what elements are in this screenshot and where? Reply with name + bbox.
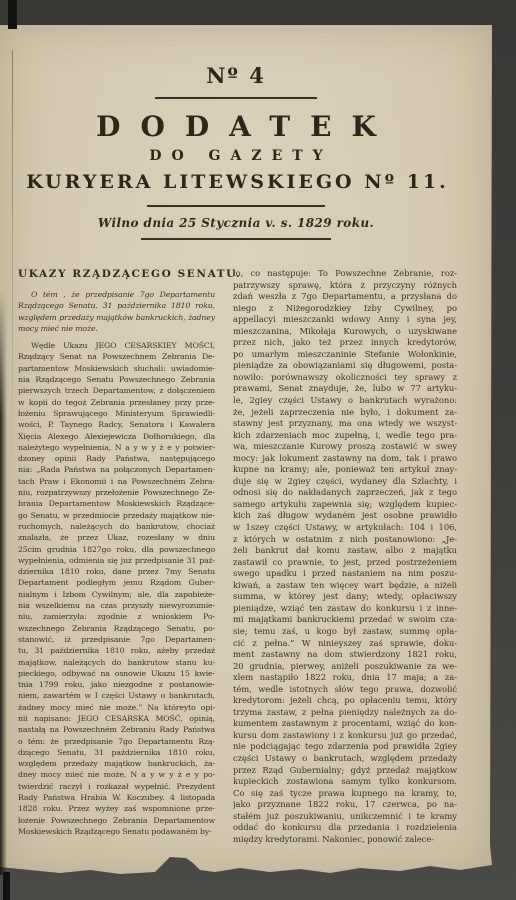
- text-line: wości, P. Taynego Radcy, Senatora i Kawa…: [18, 419, 215, 430]
- text-line: pierwszych trzech Departamentow, z dołąc…: [18, 385, 215, 396]
- text-line: mocy: jak lokument zastawny na dom, tak …: [233, 453, 457, 465]
- text-line: Moskiewskich Rządzącego Senatu podawaném…: [18, 826, 215, 837]
- scan-black-mark-top: [8, 0, 17, 29]
- text-line: żadney mocy mieć nie może.” Na któreyto …: [18, 702, 215, 713]
- text-line: należytego wypełnienia, N a y w y ż e y …: [18, 442, 215, 453]
- text-line: zdań weszła z 7go Departamentu, a przysł…: [233, 291, 457, 303]
- text-line: kich zaś długow wydaném jest osobne praw…: [233, 510, 457, 522]
- text-line: partamentow Moskiewskich słuchali: uwiad…: [18, 363, 215, 374]
- supplement-issue-number: Nº 4: [0, 63, 472, 88]
- text-line: z których w ostatnim z nich postanowiono…: [233, 534, 457, 546]
- text-line: jako przyznane 1822 roku, 17 czerwca, po…: [233, 799, 457, 811]
- text-line: pieniądze, wziąć ten zastaw do konkursu …: [233, 603, 457, 615]
- text-line: zastawił co prawnie, to jest, przed post…: [233, 557, 457, 569]
- text-line: po umarłym mieszczaninie Stefanie Wołonk…: [233, 349, 457, 361]
- text-line: o tém: że przedpisanie 7go Departamentu …: [18, 736, 215, 747]
- text-line: że, jeżeli zaprzeczenia nie było, i doku…: [233, 407, 457, 419]
- text-line: dzoney opinii Rady Państwa, następująceg…: [18, 453, 215, 464]
- text-line: kupne na kramy; ale, ponieważ ten artyku…: [233, 464, 457, 476]
- text-line: 20 grudnia, pierwey, aniżeli poszukiwani…: [233, 661, 457, 673]
- dateline-rule: [141, 238, 331, 240]
- text-line: cić z pełna.” W ninieyszey zaś sprawie, …: [233, 638, 457, 650]
- text-line: go Senatu, w przedmiocie przedaży majątk…: [18, 510, 215, 521]
- paragraph: O tém , że przedpisanie 7go Departamentu…: [18, 289, 215, 334]
- text-line: dney mocy mieć nie może, N a y w y ż e y…: [18, 769, 215, 780]
- scanned-page-view: { "colors": { "paper": "#d5cab1", "ink":…: [0, 0, 516, 900]
- text-line: łożeniu Sprawującego Ministeryum Sprawie…: [18, 408, 215, 419]
- text-line: nastałą na Powszechném Zebraniu Rady Pań…: [18, 724, 215, 735]
- text-line: tu, 31 października 1810 roku, ażeby prz…: [18, 645, 215, 656]
- article-columns: UKAZY RZĄDZĄCEGO SENATU. O tém , że prze…: [18, 268, 457, 845]
- text-line: patrzywszy sprawę, która z przyczyny róż…: [233, 280, 457, 292]
- text-line: pieniądze za obowiązaniami się długowemi…: [233, 360, 457, 372]
- text-line: mieszczanina, Mikołaja Kurowych, o uzysk…: [233, 326, 457, 338]
- text-line: 1828 roku. Przez wyżey zaś wspomnione pr…: [18, 803, 215, 814]
- text-line: dzącego Senatu, 31 października 1810 rok…: [18, 747, 215, 758]
- text-line: sie; temu zaś, u kogo był zastaw, summę …: [233, 626, 457, 638]
- text-line: nowiło: porównawszy okoliczności tey spr…: [233, 372, 457, 384]
- text-line: przez nich, jako też przez innych kredyt…: [233, 337, 457, 349]
- text-line: ment zastawny na dom stwierdzony 1821 ro…: [233, 649, 457, 661]
- text-line: niem, zawartém w I części Ustawy o bankr…: [18, 690, 215, 701]
- text-line: wypełnienia, odmienia się już przedpisan…: [18, 555, 215, 566]
- text-line: kupieckich zostawiona samym tylko konkur…: [233, 776, 457, 788]
- text-line: nii napisano: JEGO CESARSKA MOŚĆ, opinią…: [18, 713, 215, 724]
- text-line: tnia 1799 roku, jako niezgodne z postano…: [18, 679, 215, 690]
- text-line: kursu dom zastawiony i z konkursu już go…: [233, 730, 457, 742]
- scan-black-mark-bottom: [3, 872, 10, 900]
- text-line: Rady Państwa Hrabia W. Koczubey. 4 listo…: [18, 792, 215, 803]
- text-line: Departament podległym jemu Rządom Guber-: [18, 577, 215, 588]
- text-line: ruchomych, należących do bankrutow, choc…: [18, 521, 215, 532]
- text-line: twierdzić raczył i rozkazał wypełnić. Pr…: [18, 781, 215, 792]
- text-line: O tém , że przedpisanie 7go Departamentu: [18, 289, 215, 300]
- text-line: Rządzący Senat na Powszechnem Zebrania D…: [18, 351, 215, 362]
- newspaper-series-line: KURYERA LITEWSKIEGO Nº 11.: [0, 171, 472, 193]
- text-line: dziernika 1810 roku, dane przez 7my Sena…: [18, 566, 215, 577]
- text-line: summa, w którey jest dany; wtedy, opłaci…: [233, 591, 457, 603]
- text-line: Xięcia Alexego Alexiejewicza Dołhorukieg…: [18, 431, 215, 442]
- text-line: kumentem zastawnym z procentami, wziąć d…: [233, 718, 457, 730]
- text-line: mi majątkami bankruckiemi przedać w swoi…: [233, 614, 457, 626]
- left-column-body: O tém , że przedpisanie 7go Departamentu…: [18, 289, 215, 837]
- newspaper-page: Nº 4 DODATEK DO GAZETY KURYERA LITEWSKIE…: [0, 25, 492, 875]
- right-column-body: ło, co następuje: To Powszechne Zebranie…: [233, 268, 457, 845]
- text-line: tém, wedle istotnych słów tego prawa, do…: [233, 684, 457, 696]
- text-line: Rządzącego Senatu, 31 października 1810 …: [18, 300, 215, 311]
- text-line: w kopii do tegoż Zebrania przesłaney prz…: [18, 397, 215, 408]
- text-line: 25cim grudnia 1827go roku, dla powszechn…: [18, 544, 215, 555]
- text-line: niego z Niżegorodzkiey Izby Cywilney, po: [233, 303, 457, 315]
- text-line: le, 2giey części Ustawy o bankrutach wyr…: [233, 395, 457, 407]
- text-line: stałém już poszukiwaniu, unikczemnić i t…: [233, 811, 457, 823]
- section-heading: UKAZY RZĄDZĄCEGO SENATU.: [18, 268, 215, 281]
- text-line: odnosi się do nakładanych zaprzeczeń, ja…: [233, 487, 457, 499]
- text-line: brania Departamentow Moskiewskich Rządzą…: [18, 498, 215, 509]
- text-line: żeli bankrut dał komu zastaw, albo z maj…: [233, 545, 457, 557]
- left-edge-shadow: [0, 290, 7, 875]
- text-line: xlem nastąpiło 1822 roku, dnia 17 maja; …: [233, 672, 457, 684]
- paragraph: Wędle Ukazu JEGO CESARSKIEY MOŚCI,Rządzą…: [18, 340, 215, 837]
- text-line: części Ustawy o bankrutach, względem prz…: [233, 753, 457, 765]
- text-line: nia: „Rada Państwa na połączonych Depart…: [18, 464, 215, 475]
- text-line: między kredytorami. Nakoniec, ponowić za…: [233, 834, 457, 846]
- left-column: UKAZY RZĄDZĄCEGO SENATU. O tém , że prze…: [18, 268, 215, 845]
- right-column: ło, co następuje: To Powszechne Zebranie…: [233, 268, 457, 845]
- text-line: oddać do konkursu dla przedania i rozdzi…: [233, 822, 457, 834]
- text-line: znalazła, że przez Ukaz, rozesłany w dni…: [18, 532, 215, 543]
- text-line: pieckiego, odbywać na osnowie Ukazu 15 k…: [18, 668, 215, 679]
- text-line: wa, mieszczanie Kurowy proszą zostawić w…: [233, 441, 457, 453]
- text-line: względem przedaży majątkow bankruckich, …: [18, 758, 215, 769]
- text-line: majątkow, należących do bankrutow stanu …: [18, 657, 215, 668]
- text-line: Co się zaś tycze prawa kupnego na kramy,…: [233, 788, 457, 800]
- text-line: prawami, Senat znayduje, że, lubo w 77 a…: [233, 383, 457, 395]
- text-line: nialnym i Izbom Cywilnym; ale, dla zapob…: [18, 589, 215, 600]
- text-line: kredytorom: jeżeli chcą, po opłaceniu te…: [233, 695, 457, 707]
- text-line: nia wszelkiemu na czas przyszły niewyroz…: [18, 600, 215, 611]
- text-line: niu, zamierzyła: zgodnie z wnioskiem Po-: [18, 611, 215, 622]
- text-line: swego upadku i przed nastaniem na nim po…: [233, 568, 457, 580]
- text-line: kich zdarzeniach moc zupełną, i, wedle t…: [233, 430, 457, 442]
- text-line: duje się w 2giey części, wydaney dla Szl…: [233, 476, 457, 488]
- text-line: appellacyi mieszczanki wdowy Anny i syna…: [233, 314, 457, 326]
- text-line: przez Rząd Gubernialny; gdyż przedaż maj…: [233, 765, 457, 777]
- text-line: Wędle Ukazu JEGO CESARSKIEY MOŚCI,: [18, 340, 215, 351]
- text-line: niu, rozpatrzywszy przełożenie Powszechn…: [18, 487, 215, 498]
- text-line: samego artykułu zapewnia się; względem k…: [233, 499, 457, 511]
- text-line: stawny jest przyznany, ma ona wtedy we w…: [233, 418, 457, 430]
- masthead-rule-top: [155, 97, 317, 99]
- text-line: tach Praw i Ekonomii i na Powszechném Ze…: [18, 476, 215, 487]
- text-line: kiwań, a zastaw ten więcey wart będzie, …: [233, 580, 457, 592]
- dateline: Wilno dnia 25 Stycznia v. s. 1829 roku.: [0, 216, 472, 230]
- text-line: stanowić, iż przedpisanie 7go Departamen…: [18, 634, 215, 645]
- text-line: mocy mieć nie może.: [18, 323, 215, 334]
- masthead-rule-middle: [147, 205, 325, 207]
- text-line: łożenie Powszechnego Zebrania Departamen…: [18, 815, 215, 826]
- text-line: nie podciągając tego zdarzenia pod prawi…: [233, 741, 457, 753]
- text-line: w 1szey części Ustawy, w artykułach: 104…: [233, 522, 457, 534]
- newspaper-title: DODATEK: [0, 110, 472, 143]
- text-line: wszechnego Zebrania Rządzącego Senatu, p…: [18, 623, 215, 634]
- text-line: ło, co następuje: To Powszechne Zebranie…: [233, 268, 457, 280]
- text-line: nia Rządzącego Senatu Powszechnego Zebra…: [18, 374, 215, 385]
- paragraph: ło, co następuje: To Powszechne Zebranie…: [233, 268, 457, 845]
- text-line: trzyma zastaw, z pełna pieniędzy należny…: [233, 707, 457, 719]
- masthead: Nº 4 DODATEK DO GAZETY KURYERA LITEWSKIE…: [0, 63, 472, 240]
- newspaper-subtitle: DO GAZETY: [0, 148, 472, 164]
- text-line: względem przedaży majątków bankruckich, …: [18, 312, 215, 323]
